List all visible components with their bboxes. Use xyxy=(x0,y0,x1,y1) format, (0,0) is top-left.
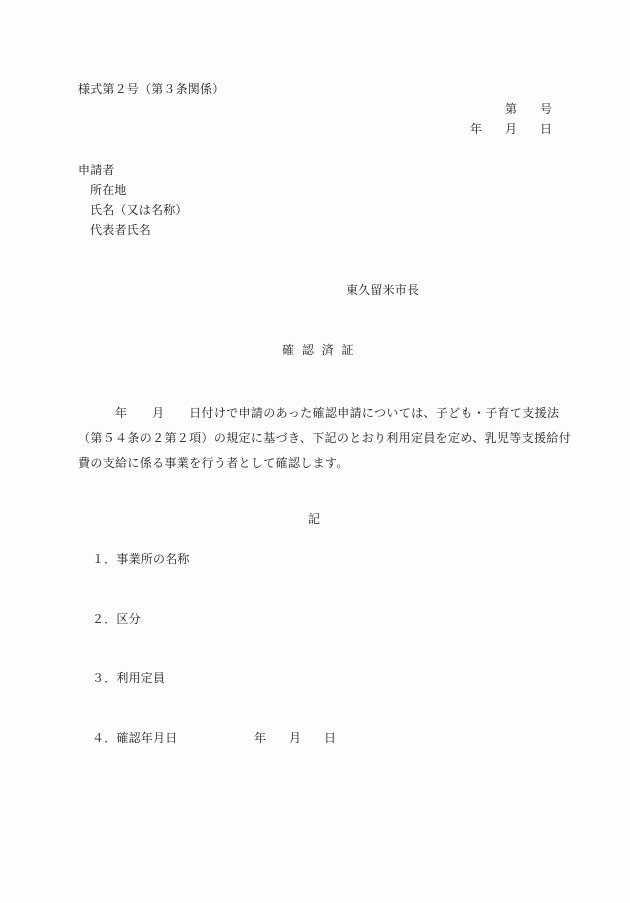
issue-date-day: 日 xyxy=(540,122,552,136)
applicant-field-address: 所在地 xyxy=(90,183,127,197)
issue-date-month: 月 xyxy=(505,122,517,136)
item-category: ２．区分 xyxy=(92,612,141,626)
body-line-1: 年 月 日付けで申請のあった確認申請については、子ども・子育て支援法 xyxy=(78,401,556,426)
body-line-2: （第５４条の２第２項）の規定に基づき、下記のとおり利用定員を定め、乳児等支援給付 xyxy=(78,426,556,451)
issuer-name: 東久留米市長 xyxy=(346,283,419,297)
confirm-date-day: 日 xyxy=(324,731,336,745)
ref-no-prefix: 第 xyxy=(505,102,517,116)
document-page: 様式第２号（第３条関係） 第 号 年 月 日 申請者 所在地 氏名（又は名称） … xyxy=(0,0,630,903)
item-capacity: ３．利用定員 xyxy=(92,671,165,685)
applicant-heading: 申請者 xyxy=(78,163,115,177)
issue-date-year: 年 xyxy=(470,122,482,136)
ref-no-suffix: 号 xyxy=(540,102,552,116)
body-line-3: 費の支給に係る事業を行う者として確認します。 xyxy=(78,451,556,476)
item-facility-name: １．事業所の名称 xyxy=(92,552,190,566)
applicant-field-name: 氏名（又は名称） xyxy=(90,203,188,217)
confirm-date-year: 年 xyxy=(254,731,266,745)
ki-marker: 記 xyxy=(308,512,320,526)
body-paragraph: 年 月 日付けで申請のあった確認申請については、子ども・子育て支援法 （第５４条… xyxy=(78,401,556,476)
applicant-field-representative: 代表者氏名 xyxy=(90,223,151,237)
item-confirm-date: ４．確認年月日 xyxy=(92,731,177,745)
document-title: 確 認 済 証 xyxy=(282,343,355,357)
form-number: 様式第２号（第３条関係） xyxy=(78,82,224,96)
confirm-date-month: 月 xyxy=(289,731,301,745)
